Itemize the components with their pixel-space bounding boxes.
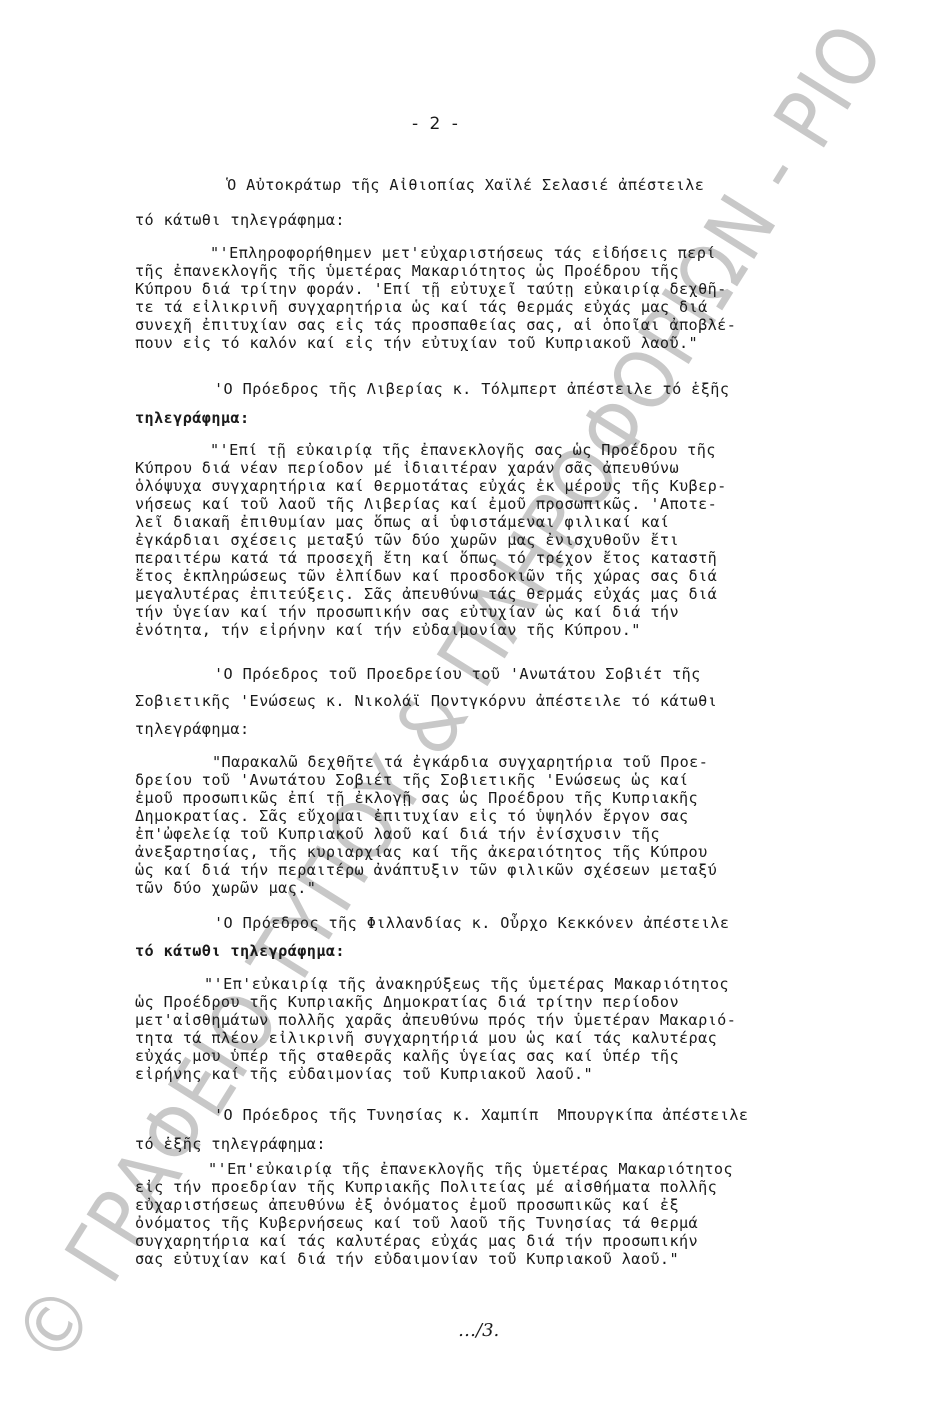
text-line: σας εὐτυχίαν καί διά τήν εὐδαιμονίαν τοῦ… [135, 1250, 679, 1268]
text-line: Δημοκρατίας. Σᾶς εὔχομαι ἐπιτυχίαν εἰς τ… [135, 807, 689, 825]
text-line: ὁλόψυχα συγχαρητήρια καί θερμοτάτας εὐχά… [135, 477, 727, 495]
text-line: Κύπρου διά νέαν περίοδον μέ ἰδιαιτέραν χ… [135, 459, 679, 477]
text-line: Ὁ Αὐτοκράτωρ τῆς Αἰθιοπίας Χαϊλέ Σελασιέ… [208, 176, 704, 194]
continuation-marker: …/3. [458, 1320, 499, 1341]
text-line: συγχαρητήρια καί τάς καλυτέρας εὐχάς μας… [135, 1232, 698, 1250]
text-line: ὡς καί διά τήν περαιτέρω ἀνάπτυξιν τῶν φ… [135, 861, 717, 879]
text-line: "'Επί τῇ εὐκαιρίᾳ τῆς ἐπανεκλογῆς σας ὡς… [210, 441, 716, 459]
text-line: δρείου τοῦ 'Ανωτάτου Σοβιέτ τῆς Σοβιετικ… [135, 771, 689, 789]
text-line: 'Ο Πρόεδρος τῆς Λιβερίας κ. Τόλμπερτ ἀπέ… [214, 380, 729, 398]
text-line: μετ'αἰσθημάτων πολλῆς χαρᾶς ἀπευθύνω πρό… [135, 1011, 736, 1029]
text-line: Σοβιετικῆς 'Ενώσεως κ. Νικολάϊ Ποντγκόρν… [135, 692, 717, 710]
text-line: τό κάτωθι τηλεγράφημα: [135, 942, 345, 960]
text-line: ἐπ'ὠφελείᾳ τοῦ Κυπριακοῦ λαοῦ καί διά τή… [135, 825, 660, 843]
text-line: συνεχῆ ἐπιτυχίαν σας εἰς τάς προσπαθείας… [135, 316, 736, 334]
text-line: ἔτος ἐκπληρώσεως τῶν ἐλπίδων καί προσδοκ… [135, 567, 717, 585]
text-line: τό ἑξῆς τηλεγράφημα: [135, 1135, 326, 1153]
text-line: "Παρακαλῶ δεχθῆτε τά ἐγκάρδια συγχαρητήρ… [212, 753, 708, 771]
text-line: 'Ο Πρόεδρος τοῦ Προεδρείου τοῦ 'Ανωτάτου… [214, 665, 701, 683]
text-line: εἰς τήν προεδρίαν τῆς Κυπριακῆς Πολιτεία… [135, 1178, 717, 1196]
text-line: τηλεγράφημα: [135, 409, 250, 427]
text-line: νήσεως καί τοῦ λαοῦ τῆς Λιβερίας καί ἐμο… [135, 495, 717, 513]
page-number: - 2 - [412, 114, 461, 134]
document-body: - 2 - Ὁ Αὐτοκράτωρ τῆς Αἰθιοπίας Χαϊλέ Σ… [0, 0, 936, 1416]
text-line: ἑνότητα, τήν εἰρήνην καί τήν εὐδαιμονίαν… [135, 621, 641, 639]
text-line: ὡς Προέδρου τῆς Κυπριακῆς Δημοκρατίας δι… [135, 993, 679, 1011]
text-line: εὐχάς μου ὑπέρ τῆς σταθερᾶς καλῆς ὑγείας… [135, 1047, 679, 1065]
text-line: τηλεγράφημα: [135, 720, 250, 738]
text-line: τήν ὑγείαν καί τήν προσωπικήν σας εὐτυχί… [135, 603, 679, 621]
text-line: τό κάτωθι τηλεγράφημα: [135, 211, 345, 229]
text-line: τε τά εἰλικρινῆ συγχαρητήρια ὡς καί τάς … [135, 298, 708, 316]
text-line: τῆς ἐπανεκλογῆς τῆς ὑμετέρας Μακαριότητο… [135, 262, 679, 280]
text-line: τῶν δύο χωρῶν μας." [135, 879, 316, 897]
text-line: τητα τά πλέον εἰλικρινῆ συγχαρητήριά μου… [135, 1029, 717, 1047]
text-line: ἐγκάρδιαι σχέσεις μεταξύ τῶν δύο χωρῶν μ… [135, 531, 679, 549]
text-line: εἰρήνης καί τῆς εὐδαιμονίας τοῦ Κυπριακο… [135, 1065, 593, 1083]
document-page: © ΓΡΑΦΕΙΟ ΤΥΠΟΥ & ΠΛΗΡΟΦΟΡΙΩΝ - PIO - 2 … [0, 0, 936, 1416]
text-line: "'Επληροφορήθημεν μετ'εὐχαριστήσεως τάς … [210, 244, 716, 262]
text-line: μεγαλυτέρας ἐπιτεύξεις. Σᾶς ἀπευθύνω τάς… [135, 585, 717, 603]
text-line: "'Επ'εὐκαιρίᾳ τῆς ἀνακηρύξεως τῆς ὑμετέρ… [204, 975, 729, 993]
text-line: 'Ο Πρόεδρος τῆς Φιλλανδίας κ. Οὖρχο Κεκκ… [214, 914, 729, 932]
text-line: ἀνεξαρτησίας, τῆς κυριαρχίας καί τῆς ἀκε… [135, 843, 708, 861]
text-line: εὐχαριστήσεως ἀπευθύνω ἐξ ὀνόματος ἐμοῦ … [135, 1196, 679, 1214]
text-line: ἐμοῦ προσωπικῶς ἐπί τῇ ἐκλογῇ σας ὡς Προ… [135, 789, 698, 807]
text-line: περαιτέρω κατά τά προσεχῆ ἔτη καί ὅπως τ… [135, 549, 717, 567]
text-line: "'Επ'εὐκαιρίᾳ τῆς ἐπανεκλογῆς τῆς ὑμετέρ… [208, 1160, 733, 1178]
text-line: λεῖ διακαῆ ἐπιθυμίαν μας ὅπως αἱ ὑφιστάμ… [135, 513, 669, 531]
text-line: 'Ο Πρόεδρος τῆς Τυνησίας κ. Χαμπίπ Μπουρ… [214, 1106, 748, 1124]
text-line: Κύπρου διά τρίτην φοράν. 'Επί τῇ εὐτυχεῖ… [135, 280, 727, 298]
text-line: ὀνόματος τῆς Κυβερνήσεως καί τοῦ λαοῦ τῆ… [135, 1214, 698, 1232]
text-line: πουν εἰς τό καλόν καί εἰς τήν εὐτυχίαν τ… [135, 334, 698, 352]
